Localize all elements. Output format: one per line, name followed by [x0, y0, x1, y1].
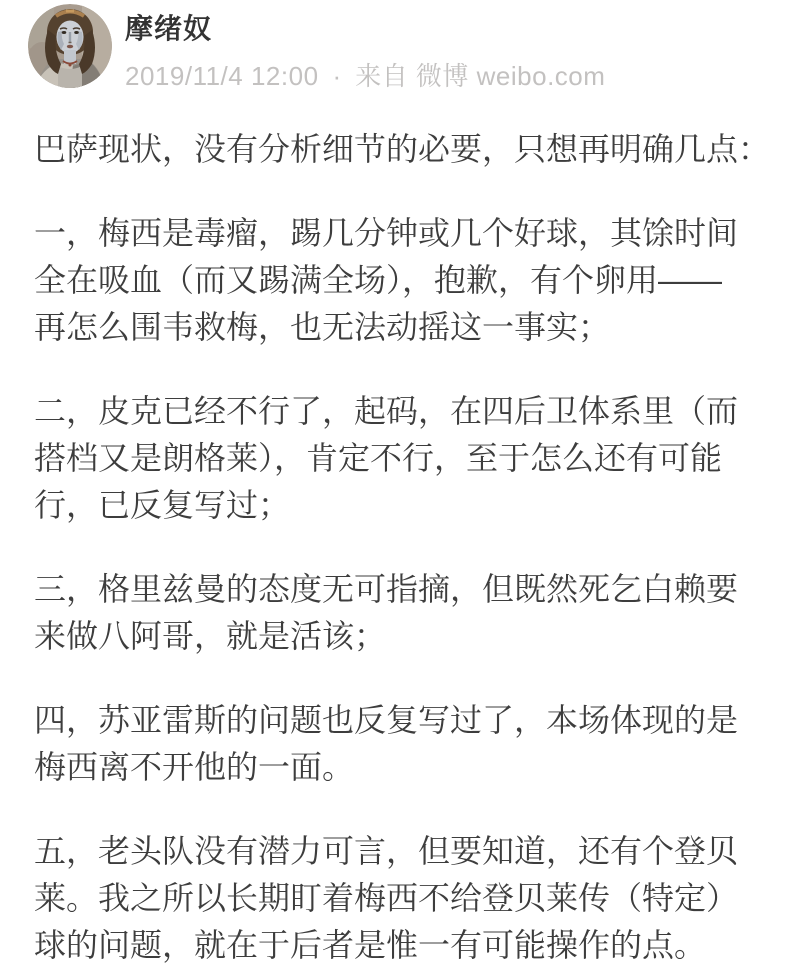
post-header: 摩绪奴 2019/11/4 12:00 · 来自 微博 weibo.com: [0, 0, 800, 92]
post-paragraph-intro: 巴萨现状，没有分析细节的必要，只想再明确几点：: [34, 126, 772, 173]
timestamp: 2019/11/4 12:00: [125, 60, 319, 92]
post-source-link[interactable]: 来自 微博 weibo.com: [355, 60, 605, 92]
post-paragraph-point-2: 二，皮克已经不行了，起码，在四后卫体系里（而 搭档又是朗格莱），肯定不行，至于怎…: [34, 388, 772, 529]
header-text: 摩绪奴 2019/11/4 12:00 · 来自 微博 weibo.com: [125, 4, 605, 92]
post-body: 巴萨现状，没有分析细节的必要，只想再明确几点： 一，梅西是毒瘤，踢几分钟或几个好…: [0, 126, 800, 966]
weibo-post: 摩绪奴 2019/11/4 12:00 · 来自 微博 weibo.com 巴萨…: [0, 0, 800, 966]
post-paragraph-point-3: 三，格里兹曼的态度无可指摘，但既然死乞白赖要 来做八阿哥，就是活该；: [34, 566, 772, 660]
username[interactable]: 摩绪奴: [125, 11, 605, 47]
portrait-avatar-image: [28, 4, 112, 88]
post-paragraph-point-4: 四，苏亚雷斯的问题也反复写过了，本场体现的是 梅西离不开他的一面。: [34, 697, 772, 791]
post-meta: 2019/11/4 12:00 · 来自 微博 weibo.com: [125, 60, 605, 92]
post-paragraph-point-1: 一，梅西是毒瘤，踢几分钟或几个好球，其馀时间 全在吸血（而又踢满全场），抱歉，有…: [34, 210, 772, 351]
avatar[interactable]: [28, 4, 112, 88]
post-paragraph-point-5: 五，老头队没有潜力可言，但要知道，还有个登贝 莱。我之所以长期盯着梅西不给登贝莱…: [34, 828, 772, 966]
meta-separator-dot: ·: [333, 60, 342, 92]
